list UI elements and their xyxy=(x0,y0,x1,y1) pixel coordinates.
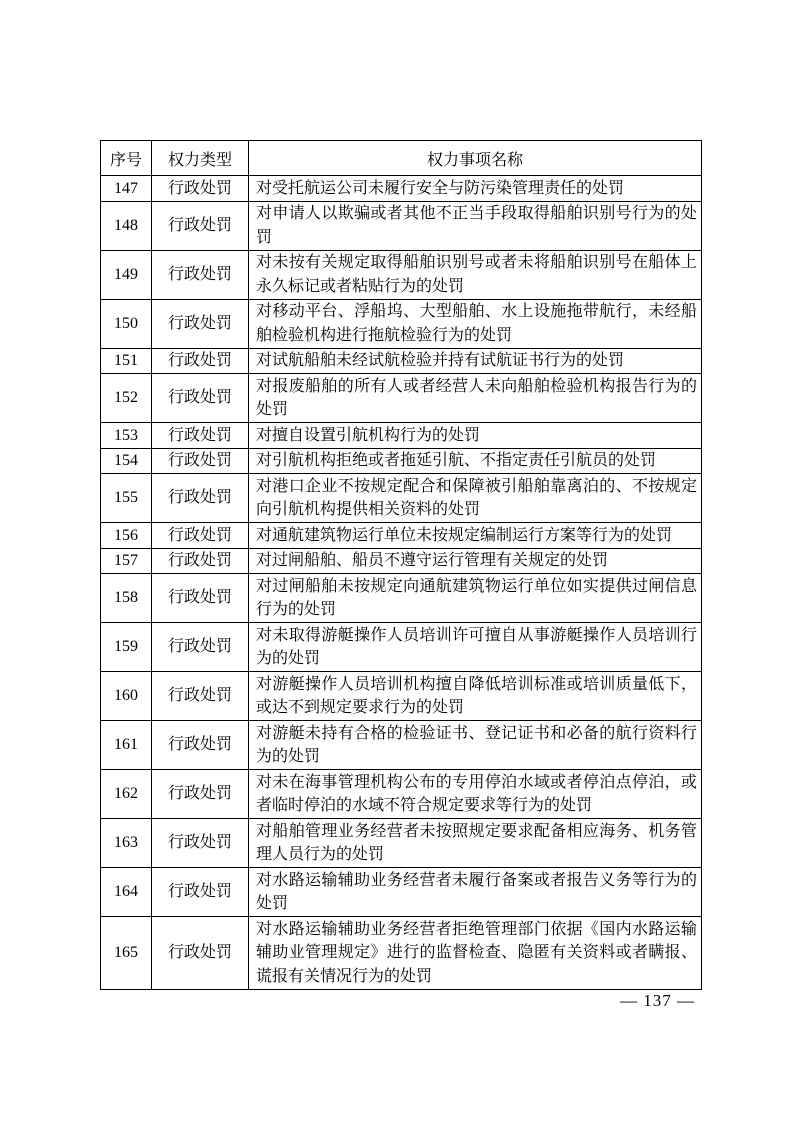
row-serial-number: 155 xyxy=(101,474,152,523)
row-power-item-name: 对擅自设置引航机构行为的处罚 xyxy=(249,423,702,449)
row-serial-number: 156 xyxy=(101,523,152,549)
row-serial-number: 157 xyxy=(101,548,152,574)
page-number: — 137 — xyxy=(620,991,695,1011)
document-page: 序号 权力类型 权力事项名称 147 行政处罚 对受托航运公司未履行安全与防污染… xyxy=(0,0,793,1122)
row-power-type: 行政处罚 xyxy=(152,176,249,202)
row-power-item-name: 对通航建筑物运行单位未按规定编制运行方案等行为的处罚 xyxy=(249,523,702,549)
row-power-type: 行政处罚 xyxy=(152,623,249,672)
table-row: 160 行政处罚 对游艇操作人员培训机构擅自降低培训标准或培训质量低下，或达不到… xyxy=(101,672,702,721)
table-row: 163 行政处罚 对船舶管理业务经营者未按照规定要求配备相应海务、机务管理人员行… xyxy=(101,819,702,868)
row-power-type: 行政处罚 xyxy=(152,548,249,574)
table-row: 162 行政处罚 对未在海事管理机构公布的专用停泊水域或者停泊点停泊，或者临时停… xyxy=(101,770,702,819)
row-serial-number: 160 xyxy=(101,672,152,721)
row-power-item-name: 对引航机构拒绝或者拖延引航、不指定责任引航员的处罚 xyxy=(249,448,702,474)
row-serial-number: 154 xyxy=(101,448,152,474)
row-power-item-name: 对船舶管理业务经营者未按照规定要求配备相应海务、机务管理人员行为的处罚 xyxy=(249,819,702,868)
table-row: 165 行政处罚 对水路运输辅助业务经营者拒绝管理部门依据《国内水路运输辅助业管… xyxy=(101,917,702,990)
row-power-item-name: 对申请人以欺骗或者其他不正当手段取得船舶识别号行为的处罚 xyxy=(249,201,702,250)
power-items-table: 序号 权力类型 权力事项名称 147 行政处罚 对受托航运公司未履行安全与防污染… xyxy=(100,140,702,990)
row-serial-number: 159 xyxy=(101,623,152,672)
row-serial-number: 161 xyxy=(101,721,152,770)
row-power-type: 行政处罚 xyxy=(152,374,249,423)
row-serial-number: 152 xyxy=(101,374,152,423)
row-power-item-name: 对游艇未持有合格的检验证书、登记证书和必备的航行资料行为的处罚 xyxy=(249,721,702,770)
row-serial-number: 165 xyxy=(101,917,152,990)
row-power-type: 行政处罚 xyxy=(152,819,249,868)
table-row: 153 行政处罚 对擅自设置引航机构行为的处罚 xyxy=(101,423,702,449)
row-power-type: 行政处罚 xyxy=(152,448,249,474)
row-power-item-name: 对未取得游艇操作人员培训许可擅自从事游艇操作人员培训行为的处罚 xyxy=(249,623,702,672)
row-power-item-name: 对游艇操作人员培训机构擅自降低培训标准或培训质量低下，或达不到规定要求行为的处罚 xyxy=(249,672,702,721)
row-serial-number: 147 xyxy=(101,176,152,202)
header-power-type: 权力类型 xyxy=(152,141,249,176)
table-row: 164 行政处罚 对水路运输辅助业务经营者未履行备案或者报告义务等行为的处罚 xyxy=(101,868,702,917)
row-power-type: 行政处罚 xyxy=(152,299,249,348)
row-power-item-name: 对过闸船舶、船员不遵守运行管理有关规定的处罚 xyxy=(249,548,702,574)
table-row: 161 行政处罚 对游艇未持有合格的检验证书、登记证书和必备的航行资料行为的处罚 xyxy=(101,721,702,770)
row-power-type: 行政处罚 xyxy=(152,250,249,299)
row-power-item-name: 对试航船舶未经试航检验并持有试航证书行为的处罚 xyxy=(249,348,702,374)
table-row: 159 行政处罚 对未取得游艇操作人员培训许可擅自从事游艇操作人员培训行为的处罚 xyxy=(101,623,702,672)
row-power-type: 行政处罚 xyxy=(152,348,249,374)
row-power-item-name: 对水路运输辅助业务经营者拒绝管理部门依据《国内水路运输辅助业管理规定》进行的监督… xyxy=(249,917,702,990)
row-power-item-name: 对港口企业不按规定配合和保障被引船舶靠离泊的、不按规定向引航机构提供相关资料的处… xyxy=(249,474,702,523)
row-power-type: 行政处罚 xyxy=(152,917,249,990)
row-power-item-name: 对报废船舶的所有人或者经营人未向船舶检验机构报告行为的处罚 xyxy=(249,374,702,423)
row-power-type: 行政处罚 xyxy=(152,523,249,549)
table-row: 150 行政处罚 对移动平台、浮船坞、大型船舶、水上设施拖带航行，未经船舶检验机… xyxy=(101,299,702,348)
row-power-type: 行政处罚 xyxy=(152,474,249,523)
table-row: 147 行政处罚 对受托航运公司未履行安全与防污染管理责任的处罚 xyxy=(101,176,702,202)
row-power-type: 行政处罚 xyxy=(152,672,249,721)
row-serial-number: 149 xyxy=(101,250,152,299)
table-row: 155 行政处罚 对港口企业不按规定配合和保障被引船舶靠离泊的、不按规定向引航机… xyxy=(101,474,702,523)
row-serial-number: 158 xyxy=(101,574,152,623)
row-serial-number: 150 xyxy=(101,299,152,348)
row-serial-number: 153 xyxy=(101,423,152,449)
table-row: 156 行政处罚 对通航建筑物运行单位未按规定编制运行方案等行为的处罚 xyxy=(101,523,702,549)
row-power-type: 行政处罚 xyxy=(152,770,249,819)
row-power-type: 行政处罚 xyxy=(152,201,249,250)
row-power-type: 行政处罚 xyxy=(152,423,249,449)
row-power-item-name: 对移动平台、浮船坞、大型船舶、水上设施拖带航行，未经船舶检验机构进行拖航检验行为… xyxy=(249,299,702,348)
row-power-type: 行政处罚 xyxy=(152,721,249,770)
table-row: 154 行政处罚 对引航机构拒绝或者拖延引航、不指定责任引航员的处罚 xyxy=(101,448,702,474)
table-row: 151 行政处罚 对试航船舶未经试航检验并持有试航证书行为的处罚 xyxy=(101,348,702,374)
row-power-item-name: 对受托航运公司未履行安全与防污染管理责任的处罚 xyxy=(249,176,702,202)
row-power-item-name: 对水路运输辅助业务经营者未履行备案或者报告义务等行为的处罚 xyxy=(249,868,702,917)
header-serial-number: 序号 xyxy=(101,141,152,176)
row-power-type: 行政处罚 xyxy=(152,868,249,917)
row-serial-number: 151 xyxy=(101,348,152,374)
table-header-row: 序号 权力类型 权力事项名称 xyxy=(101,141,702,176)
row-power-item-name: 对未在海事管理机构公布的专用停泊水域或者停泊点停泊，或者临时停泊的水域不符合规定… xyxy=(249,770,702,819)
power-items-table-container: 序号 权力类型 权力事项名称 147 行政处罚 对受托航运公司未履行安全与防污染… xyxy=(100,140,702,990)
row-power-item-name: 对过闸船舶未按规定向通航建筑物运行单位如实提供过闸信息行为的处罚 xyxy=(249,574,702,623)
table-row: 158 行政处罚 对过闸船舶未按规定向通航建筑物运行单位如实提供过闸信息行为的处… xyxy=(101,574,702,623)
table-row: 157 行政处罚 对过闸船舶、船员不遵守运行管理有关规定的处罚 xyxy=(101,548,702,574)
table-row: 149 行政处罚 对未按有关规定取得船舶识别号或者未将船舶识别号在船体上永久标记… xyxy=(101,250,702,299)
row-serial-number: 163 xyxy=(101,819,152,868)
table-row: 152 行政处罚 对报废船舶的所有人或者经营人未向船舶检验机构报告行为的处罚 xyxy=(101,374,702,423)
row-serial-number: 164 xyxy=(101,868,152,917)
table-row: 148 行政处罚 对申请人以欺骗或者其他不正当手段取得船舶识别号行为的处罚 xyxy=(101,201,702,250)
row-serial-number: 162 xyxy=(101,770,152,819)
row-serial-number: 148 xyxy=(101,201,152,250)
header-power-item-name: 权力事项名称 xyxy=(249,141,702,176)
row-power-item-name: 对未按有关规定取得船舶识别号或者未将船舶识别号在船体上永久标记或者粘贴行为的处罚 xyxy=(249,250,702,299)
row-power-type: 行政处罚 xyxy=(152,574,249,623)
